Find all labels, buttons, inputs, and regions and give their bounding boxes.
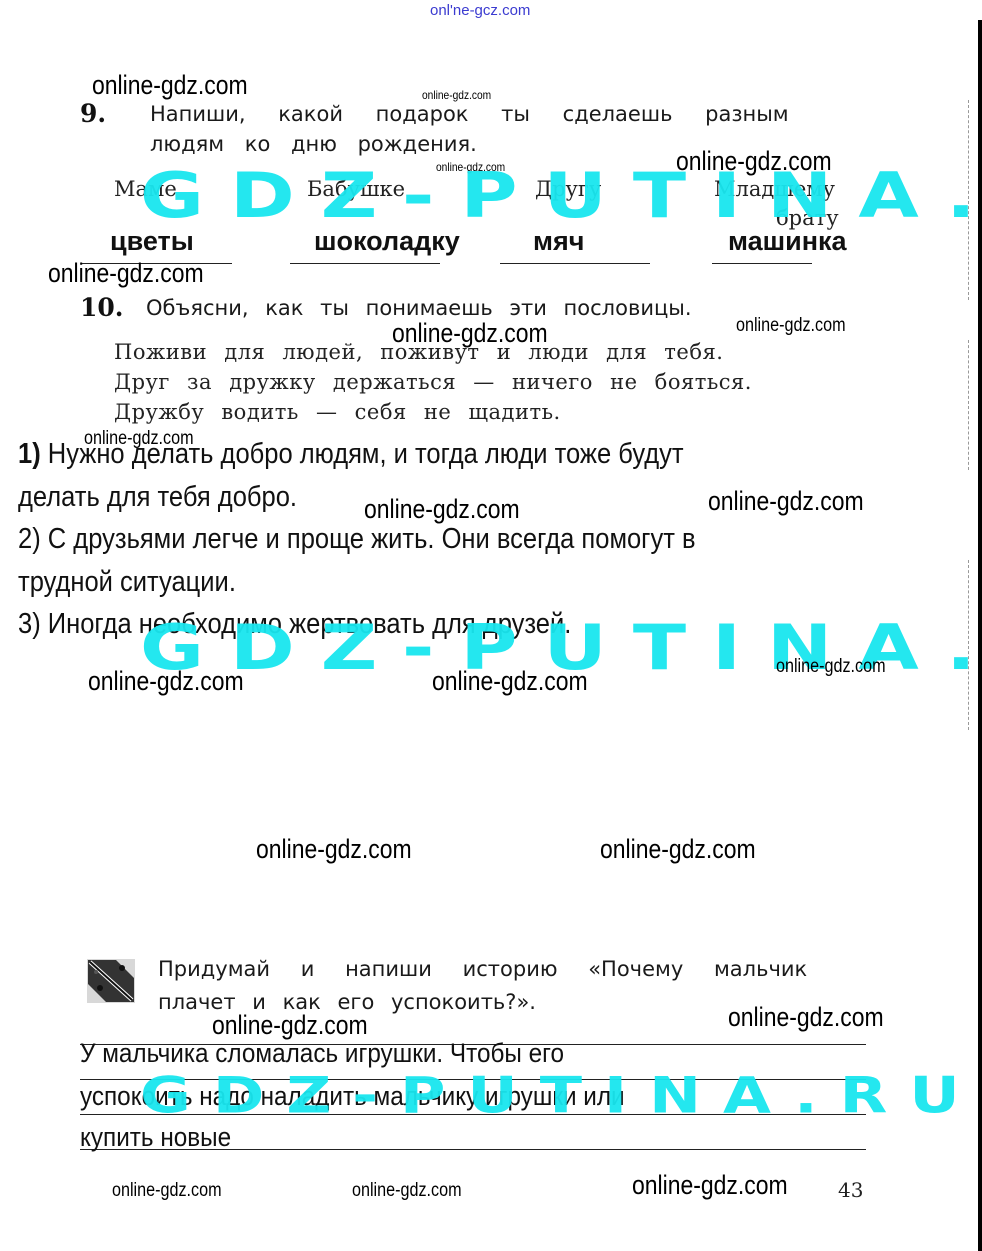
story-answer-line-1: У мальчика сломалась игрушки. Чтобы его: [80, 1038, 564, 1069]
brand-watermark: GDZ-PUTINA.RU: [140, 1066, 982, 1124]
answer-blank-line: [500, 263, 650, 264]
watermark: online-gdz.com: [352, 1180, 462, 1202]
watermark: online-gdz.com: [632, 1170, 788, 1201]
scan-artifact: [968, 340, 970, 470]
watermark: online-gdz.com: [92, 70, 248, 101]
watermark: online-gdz.com: [88, 666, 244, 697]
watermark: online-gdz.com: [736, 315, 846, 337]
watermark: online-gdz.com: [212, 1010, 368, 1041]
task-9-number: 9.: [80, 99, 106, 128]
story-answer-line-3: купить новые: [80, 1122, 231, 1153]
watermark: online-gdz.com: [422, 88, 491, 102]
proverb-3: Дружбу водить — себя не щадить.: [114, 400, 561, 424]
answer-2-cont: трудной ситуации.: [18, 566, 236, 599]
watermark: online-gdz.com: [256, 834, 412, 865]
answer-blank-line: [712, 263, 812, 264]
story-task-prompt: Придумай и напиши историю «Почему мальчи…: [158, 957, 807, 981]
brand-watermark: GDZ-PUTINA.RU: [140, 160, 982, 232]
watermark: online-gdz.com: [48, 258, 204, 289]
answer-2: 2) С друзьями легче и проще жить. Они вс…: [18, 523, 696, 556]
writing-pictogram-icon: [86, 958, 136, 1004]
page-number: 43: [838, 1178, 863, 1202]
proverb-1: Поживи для людей, поживут и люди для теб…: [114, 340, 723, 364]
watermark: online-gdz.com: [112, 1180, 222, 1202]
watermark: online-gdz.com: [776, 656, 886, 678]
watermark: online-gdz.com: [728, 1002, 884, 1033]
gift-answer-grandma: шоколадку: [314, 226, 460, 257]
watermark: online-gdz.com: [600, 834, 756, 865]
task-10-number: 10.: [80, 293, 124, 322]
gift-answer-brother: машинка: [728, 226, 847, 257]
watermark: online-gdz.com: [364, 494, 520, 525]
task-9-prompt: Напиши, какой подарок ты сделаешь разным: [150, 102, 789, 126]
watermark-top: onl'ne-gcz.com: [430, 2, 530, 19]
watermark: online-gdz.com: [432, 666, 588, 697]
gift-answer-friend: мяч: [533, 226, 584, 257]
answer-1: 1) Нужно делать добро людям, и тогда люд…: [18, 438, 684, 471]
gift-answer-mom: цветы: [110, 226, 194, 257]
watermark: online-gdz.com: [708, 486, 864, 517]
answer-1-cont: делать для тебя добро.: [18, 481, 297, 514]
task-10-prompt: Объясни, как ты понимаешь эти пословицы.: [146, 296, 692, 320]
proverb-2: Друг за дружку держаться — ничего не боя…: [114, 370, 752, 394]
task-9-prompt-cont: людям ко дню рождения.: [150, 132, 477, 156]
answer-blank-line: [290, 263, 440, 264]
